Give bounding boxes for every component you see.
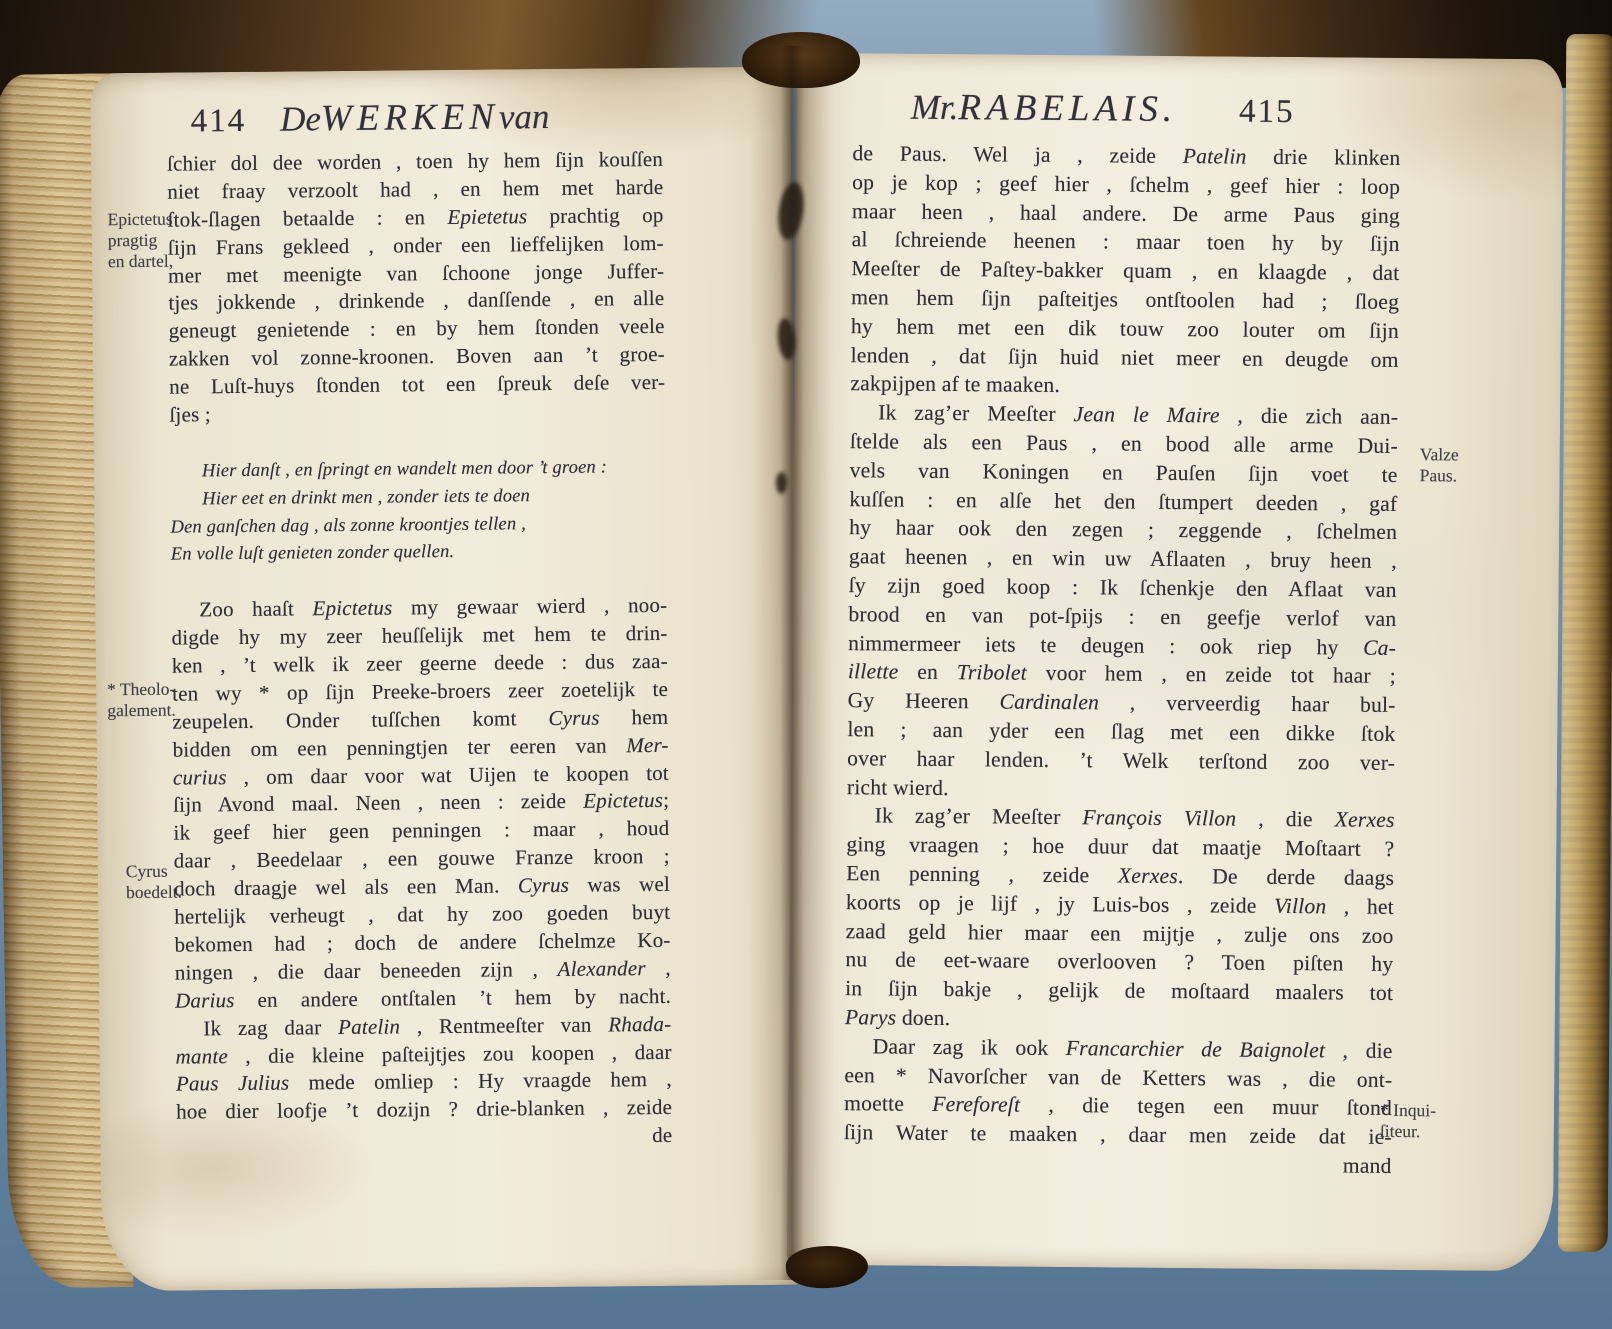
italic-text-segment: Hier danſt , en ſpringt en wandelt men d… — [202, 456, 607, 480]
text-segment: al ſchreiende heenen : maar toen hy by ſ… — [852, 228, 1400, 257]
italic-text-segment: Ca- — [1363, 635, 1396, 659]
text-segment: ; — [663, 788, 669, 812]
italic-text-segment: En volle luſt genieten zonder quellen. — [171, 541, 455, 564]
text-line: in ſijn bakje , gelijk de moſtaard maale… — [845, 974, 1393, 1008]
text-segment: in ſijn bakje , gelijk de moſtaard maale… — [845, 976, 1393, 1005]
text-segment: daar , Beedelaar , een gouwe Franze kroo… — [174, 844, 670, 873]
right-running-head: Mr. RABELAIS. 415 — [911, 86, 1295, 132]
text-segment: Ik zag daar — [203, 1015, 338, 1040]
italic-text-segment: Rhada- — [608, 1011, 671, 1036]
text-segment: ſchier dol dee worden , toen hy hem ſijn… — [167, 147, 663, 176]
text-segment: geneugt genietende : en by hem ſtonden v… — [169, 314, 665, 343]
text-segment: my gewaar wierd , noo- — [392, 593, 667, 620]
text-line: de Paus. Wel ja , zeide Patelin drie kli… — [852, 139, 1400, 173]
text-segment: over haar lenden. ’t Welk terſtond zoo v… — [847, 746, 1395, 775]
italic-text-segment: Parys — [845, 1005, 897, 1029]
italic-text-segment: François Villon — [1082, 806, 1236, 831]
text-segment: ging vraagen ; hoe duur dat maatje Moſta… — [846, 832, 1394, 861]
text-segment: ne Luſt-huys ſtonden tot een ſpreuk deſe… — [169, 370, 665, 399]
text-segment: lenden , dat ſijn huid niet meer en deug… — [851, 343, 1399, 372]
text-segment: , die — [1236, 807, 1335, 832]
text-line: Hier danſt , en ſpringt en wandelt men d… — [170, 453, 666, 486]
text-line: vels van Koningen en Pauſen ſijn voet te — [850, 456, 1398, 490]
text-segment: ningen , die daar beneeden zijn , — [175, 957, 558, 985]
text-line: ſijn Water te maaken , daar men zeide da… — [844, 1118, 1392, 1152]
text-segment: zaad geld hier maar een mijtje , zulje o… — [846, 919, 1394, 948]
text-segment: tjes jokkende , drinkende , danſſende , … — [168, 286, 664, 315]
text-segment: . De derde daags — [1178, 864, 1394, 890]
italic-text-segment: Villon — [1274, 894, 1327, 918]
left-text-column: ſchier dol dee worden , toen hy hem ſijn… — [167, 146, 673, 1155]
italic-text-segment: Darius — [175, 988, 235, 1013]
text-segment: men hem ſijn paſteitjes ontſtoolen had ;… — [851, 285, 1399, 314]
italic-text-segment: Fereforeſt — [932, 1092, 1020, 1117]
photo-background: { "colors": { "table_surface_blue": "#6f… — [0, 0, 1612, 1329]
text-segment: , die tegen een muur ſtond — [1020, 1093, 1392, 1120]
text-line: hy hem met een dik touw zoo louter om ſi… — [851, 312, 1399, 346]
text-segment: de — [652, 1123, 672, 1147]
text-segment: , Rentmeeſter van — [400, 1012, 608, 1038]
italic-text-segment: curius — [173, 765, 227, 790]
text-segment: brood en van pot-ſpijs : en geefje verlo… — [848, 602, 1396, 631]
right-text-column: de Paus. Wel ja , zeide Patelin drie kli… — [844, 139, 1401, 1180]
text-segment: mand — [1343, 1153, 1392, 1177]
text-segment: Meeſter de Paſtey-bakker quam , en klaag… — [851, 256, 1399, 285]
right-page-number: 415 — [1239, 94, 1295, 131]
text-segment: en andere ontſtalen ’t hem by nacht. — [235, 984, 672, 1012]
italic-text-segment: Xerxes — [1335, 808, 1395, 833]
italic-text-segment: Francarchier de Baignolet — [1066, 1036, 1326, 1062]
right-page: Mr. RABELAIS. 415 Valze Paus. * Inqui- ſ… — [787, 53, 1564, 1272]
text-line: ſy zijn goed koop : Ik ſchenkje den Afla… — [849, 571, 1397, 605]
text-segment: ken , ’t welk ik zeer geerne deede : dus… — [172, 649, 668, 678]
left-running-title-pre: De — [280, 99, 321, 139]
text-segment: ſijn Avond maal. Neen , neen : zeide — [173, 789, 583, 817]
text-segment: ſijn Frans gekleed , onder een lieffelij… — [168, 231, 664, 260]
text-segment: digde hy my zeer heuſſelijk met hem te d… — [171, 621, 667, 650]
italic-text-segment: Hier eet en drinkt men , zonder iets te … — [202, 485, 530, 508]
left-running-title-caps: WERKEN — [321, 95, 499, 140]
right-running-title-caps: RABELAIS. — [958, 86, 1177, 131]
text-segment: vels van Koningen en Pauſen ſijn voet te — [850, 458, 1398, 487]
italic-text-segment: Paus Julius — [176, 1071, 290, 1096]
text-line: Gy Heeren Cardinalen , verveerdig haar b… — [848, 686, 1396, 720]
text-segment: Zoo haaſt — [199, 597, 312, 622]
text-segment: niet fraay verzoolt had , en hem met har… — [167, 175, 663, 204]
text-segment: , het — [1326, 894, 1394, 919]
italic-text-segment: mante — [175, 1044, 228, 1069]
text-line: zeupelen. Onder tuſſchen komt Cyrus hem — [172, 704, 668, 737]
text-segment: prachtig op — [527, 203, 663, 228]
text-segment: ſijn Water te maaken , daar men zeide da… — [844, 1120, 1392, 1149]
text-segment: bidden om een penningtjen ter eeren van — [173, 733, 627, 761]
text-line: ningen , die daar beneeden zijn , Alexan… — [175, 955, 671, 988]
text-line: Daar zag ik ook Francarchier de Baignole… — [845, 1032, 1393, 1066]
text-line: len ; aan yder een ſlag met een dikke ſt… — [847, 715, 1395, 749]
text-line: ne Luſt-huys ſtonden tot een ſpreuk deſe… — [169, 369, 665, 402]
text-segment: ſtelde als een Paus , en bood alle arme … — [850, 429, 1398, 458]
header-spacer — [1177, 121, 1239, 122]
text-segment: koorts op je lijf , jy Luis-bos , zeide — [846, 890, 1274, 918]
text-segment: zakpijpen af te maaken. — [850, 372, 1060, 398]
text-segment: ik geef hier geen penningen : maar , hou… — [173, 816, 669, 845]
text-segment: hy haar ook den zegen ; zeggende , ſchel… — [849, 516, 1397, 545]
text-line: brood en van pot-ſpijs : en geefje verlo… — [848, 600, 1396, 634]
right-fore-edge-pages — [1558, 34, 1612, 1252]
text-segment: was wel — [569, 872, 670, 897]
text-line: men hem ſijn paſteitjes ontſtoolen had ;… — [851, 283, 1399, 317]
text-line: ging vraagen ; hoe duur dat maatje Moſta… — [846, 830, 1394, 864]
margin-note-valze-paus: Valze Paus. — [1420, 444, 1530, 487]
text-segment: Gy Heeren — [848, 688, 1000, 713]
text-segment: doen. — [896, 1005, 950, 1029]
text-segment: zakken vol zonne-kroonen. Boven aan ’t g… — [169, 342, 665, 371]
text-segment: Ik zag’er Meeſter — [875, 804, 1083, 830]
text-line: niet fraay verzoolt had , en hem met har… — [167, 174, 663, 207]
text-line: gaat heenen , en win uw Aflaaten , bruy … — [849, 542, 1397, 576]
text-segment: , om daar voor wat Uijen te koopen tot — [227, 760, 670, 788]
text-line: koorts op je lijf , jy Luis-bos , zeide … — [846, 888, 1394, 922]
text-segment: kuſſen : en alſe het den ſtumpert deeden… — [849, 487, 1397, 516]
italic-text-segment: Tribolet — [957, 660, 1027, 685]
italic-text-segment: Jean le Maire — [1073, 402, 1219, 427]
margin-note-inquisiteur: * Inqui- ſiteur. — [1380, 1100, 1490, 1143]
text-line: Een penning , zeide Xerxes. De derde daa… — [846, 859, 1394, 893]
italic-text-segment: illette — [848, 659, 899, 683]
text-line: ten wy * op ſijn Preeke-broers zeer zoet… — [172, 676, 668, 709]
text-line: op je kop ; geef hier , ſchelm , geef hi… — [852, 168, 1400, 202]
italic-text-segment: Cardinalen — [999, 690, 1099, 715]
text-line: ſijn Frans gekleed , onder een lieffelij… — [168, 230, 664, 263]
text-line: Parys doen. — [845, 1003, 1393, 1037]
text-segment: doch draagje wel als een Man. — [174, 873, 518, 900]
text-line: over haar lenden. ’t Welk terſtond zoo v… — [847, 744, 1395, 778]
text-segment: op je kop ; geef hier , ſchelm , geef hi… — [852, 170, 1400, 199]
text-line: ſtok-ſlagen betaalde : en Epietetus prac… — [167, 202, 663, 235]
text-segment: , die kleine paſteijtjes zou koopen , da… — [228, 1039, 672, 1067]
left-running-head: 414 De WERKEN van — [190, 95, 549, 141]
left-running-title-post: van — [499, 97, 550, 137]
text-segment: len ; aan yder een ſlag met een dikke ſt… — [847, 717, 1395, 746]
text-segment: nimmermeer iets te deugen : ook riep hy — [848, 631, 1363, 659]
gutter-bottom-wedge — [785, 1244, 869, 1290]
text-segment: moette — [844, 1091, 932, 1116]
text-line: Darius en andere ontſtalen ’t hem by nac… — [175, 983, 671, 1016]
italic-text-segment: Den ganſchen dag , als zonne kroontjes t… — [170, 513, 526, 536]
ink-blot — [776, 472, 787, 494]
text-segment: maar heen , haal andere. De arme Paus gi… — [852, 199, 1400, 228]
left-page: 414 De WERKEN van Epictetus pragtig en d… — [90, 67, 802, 1292]
text-segment: hem — [600, 705, 669, 730]
text-segment: , — [646, 956, 671, 980]
text-segment: Daar zag ik ook — [873, 1034, 1066, 1060]
text-segment: Ik zag’er Meeſter — [878, 401, 1074, 427]
text-segment: mer met meenigte van ſchoone jonge Juffe… — [168, 258, 664, 287]
text-segment: een * Navorſcher van de Ketters was , di… — [844, 1063, 1392, 1092]
italic-text-segment: Cyrus — [518, 873, 569, 897]
text-line: Ik zag daar Patelin , Rentmeeſter van Rh… — [175, 1010, 671, 1043]
catchword: de — [176, 1122, 672, 1155]
italic-text-segment: Mer- — [626, 733, 669, 757]
italic-text-segment: Alexander — [557, 956, 645, 981]
text-line: bidden om een penningtjen ter eeren van … — [173, 732, 669, 765]
italic-text-segment: Patelin — [1183, 144, 1247, 169]
text-segment: , die — [1325, 1038, 1393, 1063]
italic-text-segment: Epietetus — [447, 204, 527, 229]
catchword: mand — [844, 1147, 1392, 1181]
text-segment: voor hem , en zeide tot haar ; — [1027, 661, 1396, 688]
text-segment: de Paus. Wel ja , zeide — [852, 141, 1183, 168]
italic-text-segment: Patelin — [338, 1014, 400, 1039]
italic-text-segment: Epictetus — [312, 596, 392, 621]
text-segment: hoe dier loofje ’t dozijn ? drie-blanken… — [176, 1095, 672, 1124]
text-segment: drie klinken — [1246, 145, 1400, 170]
italic-text-segment: Xerxes — [1118, 863, 1178, 888]
text-segment: mede omliep : Hy vraagde hem , — [289, 1067, 672, 1095]
text-line: ſtelde als een Paus , en bood alle arme … — [850, 427, 1398, 461]
text-segment: Een penning , zeide — [846, 861, 1118, 887]
text-segment: hertelijk verheugt , dat hy zoo goeden b… — [174, 900, 670, 929]
text-line: hoe dier loofje ’t dozijn ? drie-blanken… — [176, 1094, 672, 1127]
text-segment: ten wy * op ſijn Preeke-broers zeer zoet… — [172, 677, 668, 706]
text-segment: , die zich aan- — [1220, 404, 1399, 430]
text-segment: gaat heenen , en win uw Aflaaten , bruy … — [849, 544, 1397, 573]
right-running-title-pre: Mr. — [911, 88, 959, 128]
spine-headband — [742, 32, 860, 88]
text-segment: nu de eet-waare overlooven ? Toen piſten… — [845, 947, 1393, 976]
text-segment: , verveerdig haar bul- — [1099, 690, 1396, 717]
text-segment: ſjes ; — [169, 402, 211, 426]
text-segment: richt wierd. — [847, 775, 949, 800]
text-segment: zeupelen. Onder tuſſchen komt — [172, 706, 548, 734]
text-segment: ſy zijn goed koop : Ik ſchenkje den Afla… — [849, 573, 1397, 602]
italic-text-segment: Cyrus — [548, 705, 599, 729]
text-segment: bekomen had ; doch de andere ſchelmze Ko… — [174, 928, 670, 957]
text-segment: en — [898, 660, 957, 685]
italic-text-segment: Epictetus — [583, 788, 663, 813]
text-segment: hy hem met een dik touw zoo louter om ſi… — [851, 314, 1399, 343]
left-page-number: 414 — [190, 103, 246, 141]
text-segment: ſtok-ſlagen betaalde : en — [167, 205, 447, 232]
